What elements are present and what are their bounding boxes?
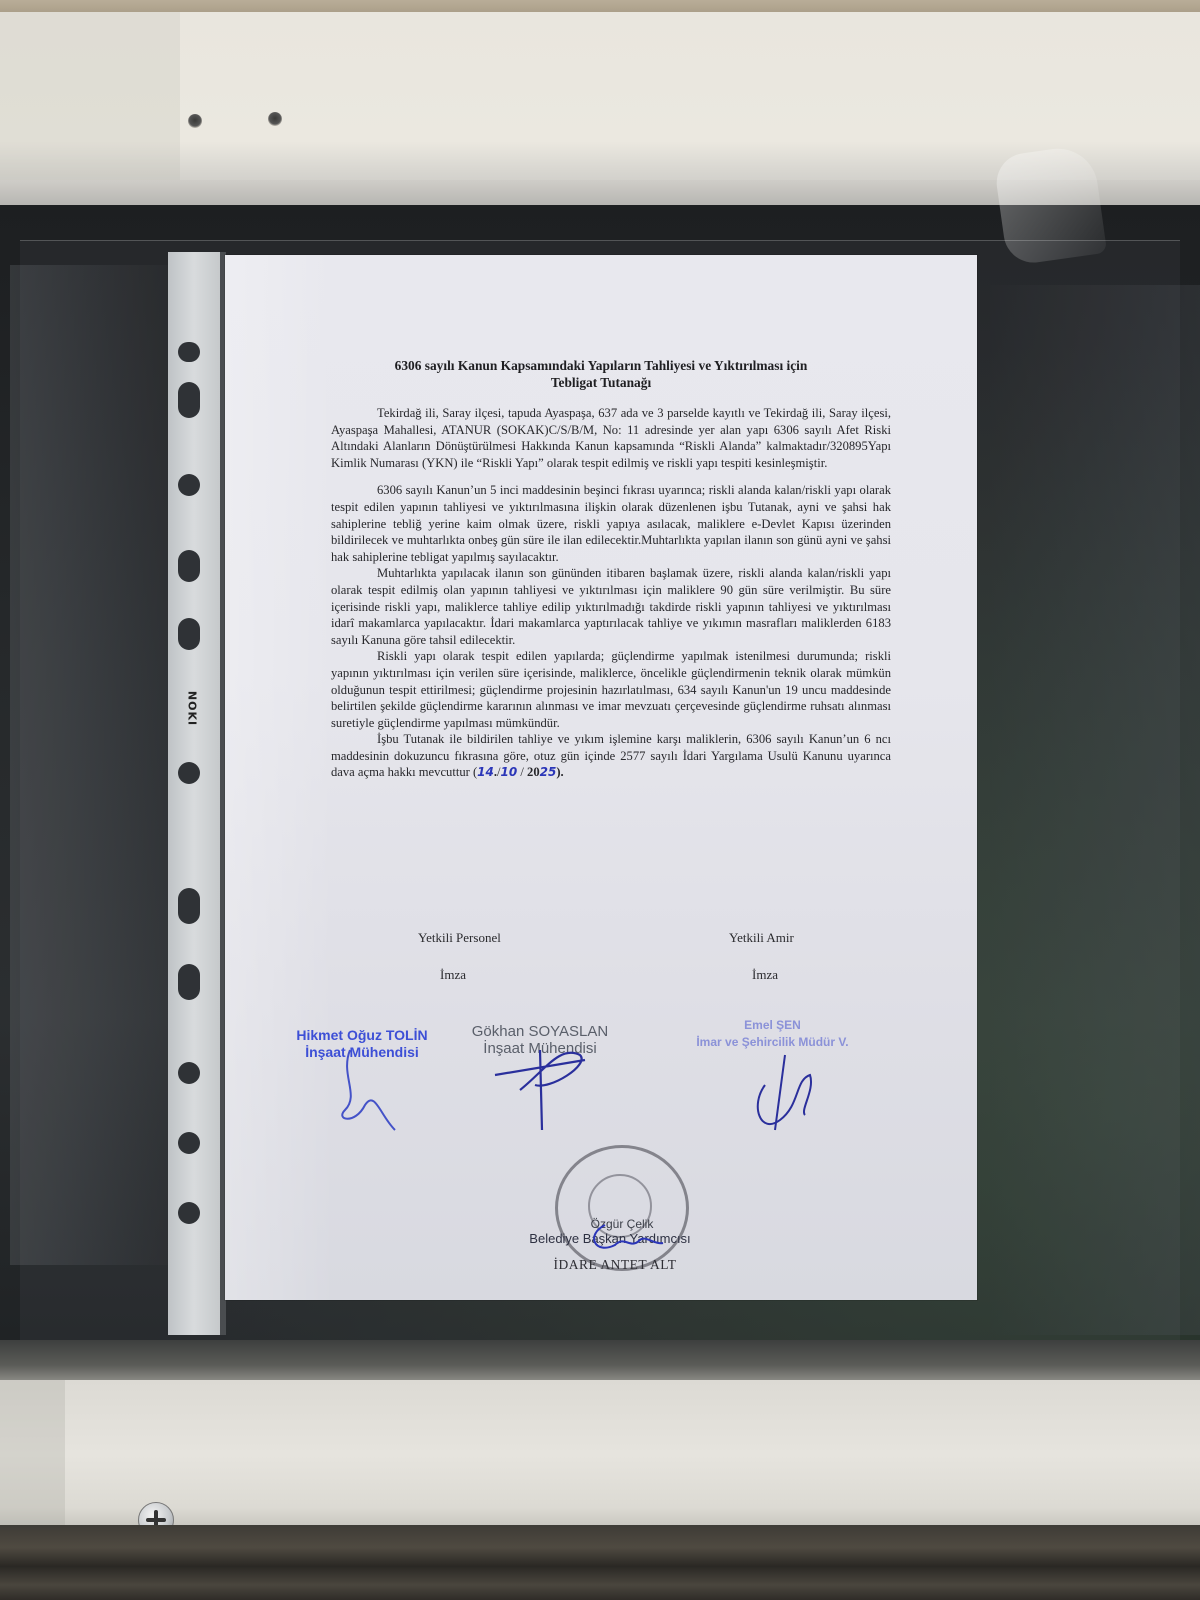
screw-hole bbox=[268, 112, 282, 126]
paragraph-1: Tekirdağ ili, Saray ilçesi, tapuda Ayasp… bbox=[331, 405, 891, 471]
title-line-1: 6306 sayılı Kanun Kapsamındaki Yapıların… bbox=[225, 357, 977, 374]
paragraph-3: Muhtarlıkta yapılacak ilanın son gününde… bbox=[331, 565, 891, 648]
personnel-signature-label: İmza bbox=[440, 967, 466, 983]
final-paragraph-text: İşbu Tutanak ile bildirilen tahliye ve y… bbox=[331, 732, 891, 779]
handwritten-year: 25 bbox=[540, 765, 557, 779]
punch-hole bbox=[178, 550, 200, 582]
signature-scribble-3 bbox=[745, 1050, 825, 1140]
frame-shade bbox=[0, 12, 180, 182]
date-year-prefix: 20 bbox=[527, 765, 540, 779]
screw-hole bbox=[188, 114, 202, 128]
sleeve-brand-label: NOKI bbox=[186, 691, 199, 726]
signature-scribble-1 bbox=[320, 1045, 410, 1135]
punch-hole bbox=[178, 618, 200, 650]
window-frame-rail bbox=[0, 1340, 1200, 1382]
signatory-3-stamp: Emel ŞEN İmar ve Şehircilik Müdür V. bbox=[690, 1017, 855, 1051]
document-body: Tekirdağ ili, Saray ilçesi, tapuda Ayasp… bbox=[331, 405, 891, 781]
handwritten-day: 14 bbox=[477, 765, 494, 779]
final-paragraph-end: ). bbox=[556, 765, 563, 779]
paragraph-4: Riskli yapı olarak tespit edilen yapılar… bbox=[331, 648, 891, 731]
signatory-2-name: Gökhan SOYASLAN bbox=[465, 1023, 615, 1040]
authorized-chief-label: Yetkili Amir bbox=[729, 930, 794, 946]
punch-hole bbox=[178, 342, 200, 362]
window-frame-bottom bbox=[0, 1380, 1200, 1530]
punch-hole bbox=[178, 1132, 200, 1154]
seal-signature-scribble bbox=[585, 1215, 665, 1260]
signatory-1-name: Hikmet Oğuz TOLİN bbox=[287, 1027, 437, 1044]
punch-hole bbox=[178, 1202, 200, 1224]
chief-signature-label: İmza bbox=[752, 967, 778, 983]
letterhead-footer: İDARE ANTET ALT bbox=[545, 1257, 685, 1273]
paper-glare bbox=[225, 255, 335, 1300]
frame-shade bbox=[0, 1380, 65, 1530]
handwritten-month: 10 bbox=[501, 765, 518, 779]
punch-hole bbox=[178, 1062, 200, 1084]
paragraph-2: 6306 sayılı Kanun’un 5 inci maddesinin b… bbox=[331, 482, 891, 565]
punch-hole bbox=[178, 888, 200, 924]
signatory-3-name: Emel ŞEN bbox=[690, 1017, 855, 1034]
signatory-3-title: İmar ve Şehircilik Müdür V. bbox=[690, 1034, 855, 1051]
notice-document: 6306 sayılı Kanun Kapsamındaki Yapıların… bbox=[225, 255, 977, 1300]
document-title: 6306 sayılı Kanun Kapsamındaki Yapıların… bbox=[225, 357, 977, 391]
window-sill bbox=[0, 1525, 1200, 1600]
paragraph-5: İşbu Tutanak ile bildirilen tahliye ve y… bbox=[331, 731, 891, 781]
punch-hole bbox=[178, 382, 200, 418]
signature-scribble-2 bbox=[490, 1040, 600, 1140]
punch-hole bbox=[178, 474, 200, 496]
punch-hole bbox=[178, 762, 200, 784]
punch-hole bbox=[178, 964, 200, 1000]
title-line-2: Tebligat Tutanağı bbox=[225, 374, 977, 391]
authorized-personnel-label: Yetkili Personel bbox=[418, 930, 501, 946]
binder-strip: NOKI bbox=[168, 252, 226, 1335]
